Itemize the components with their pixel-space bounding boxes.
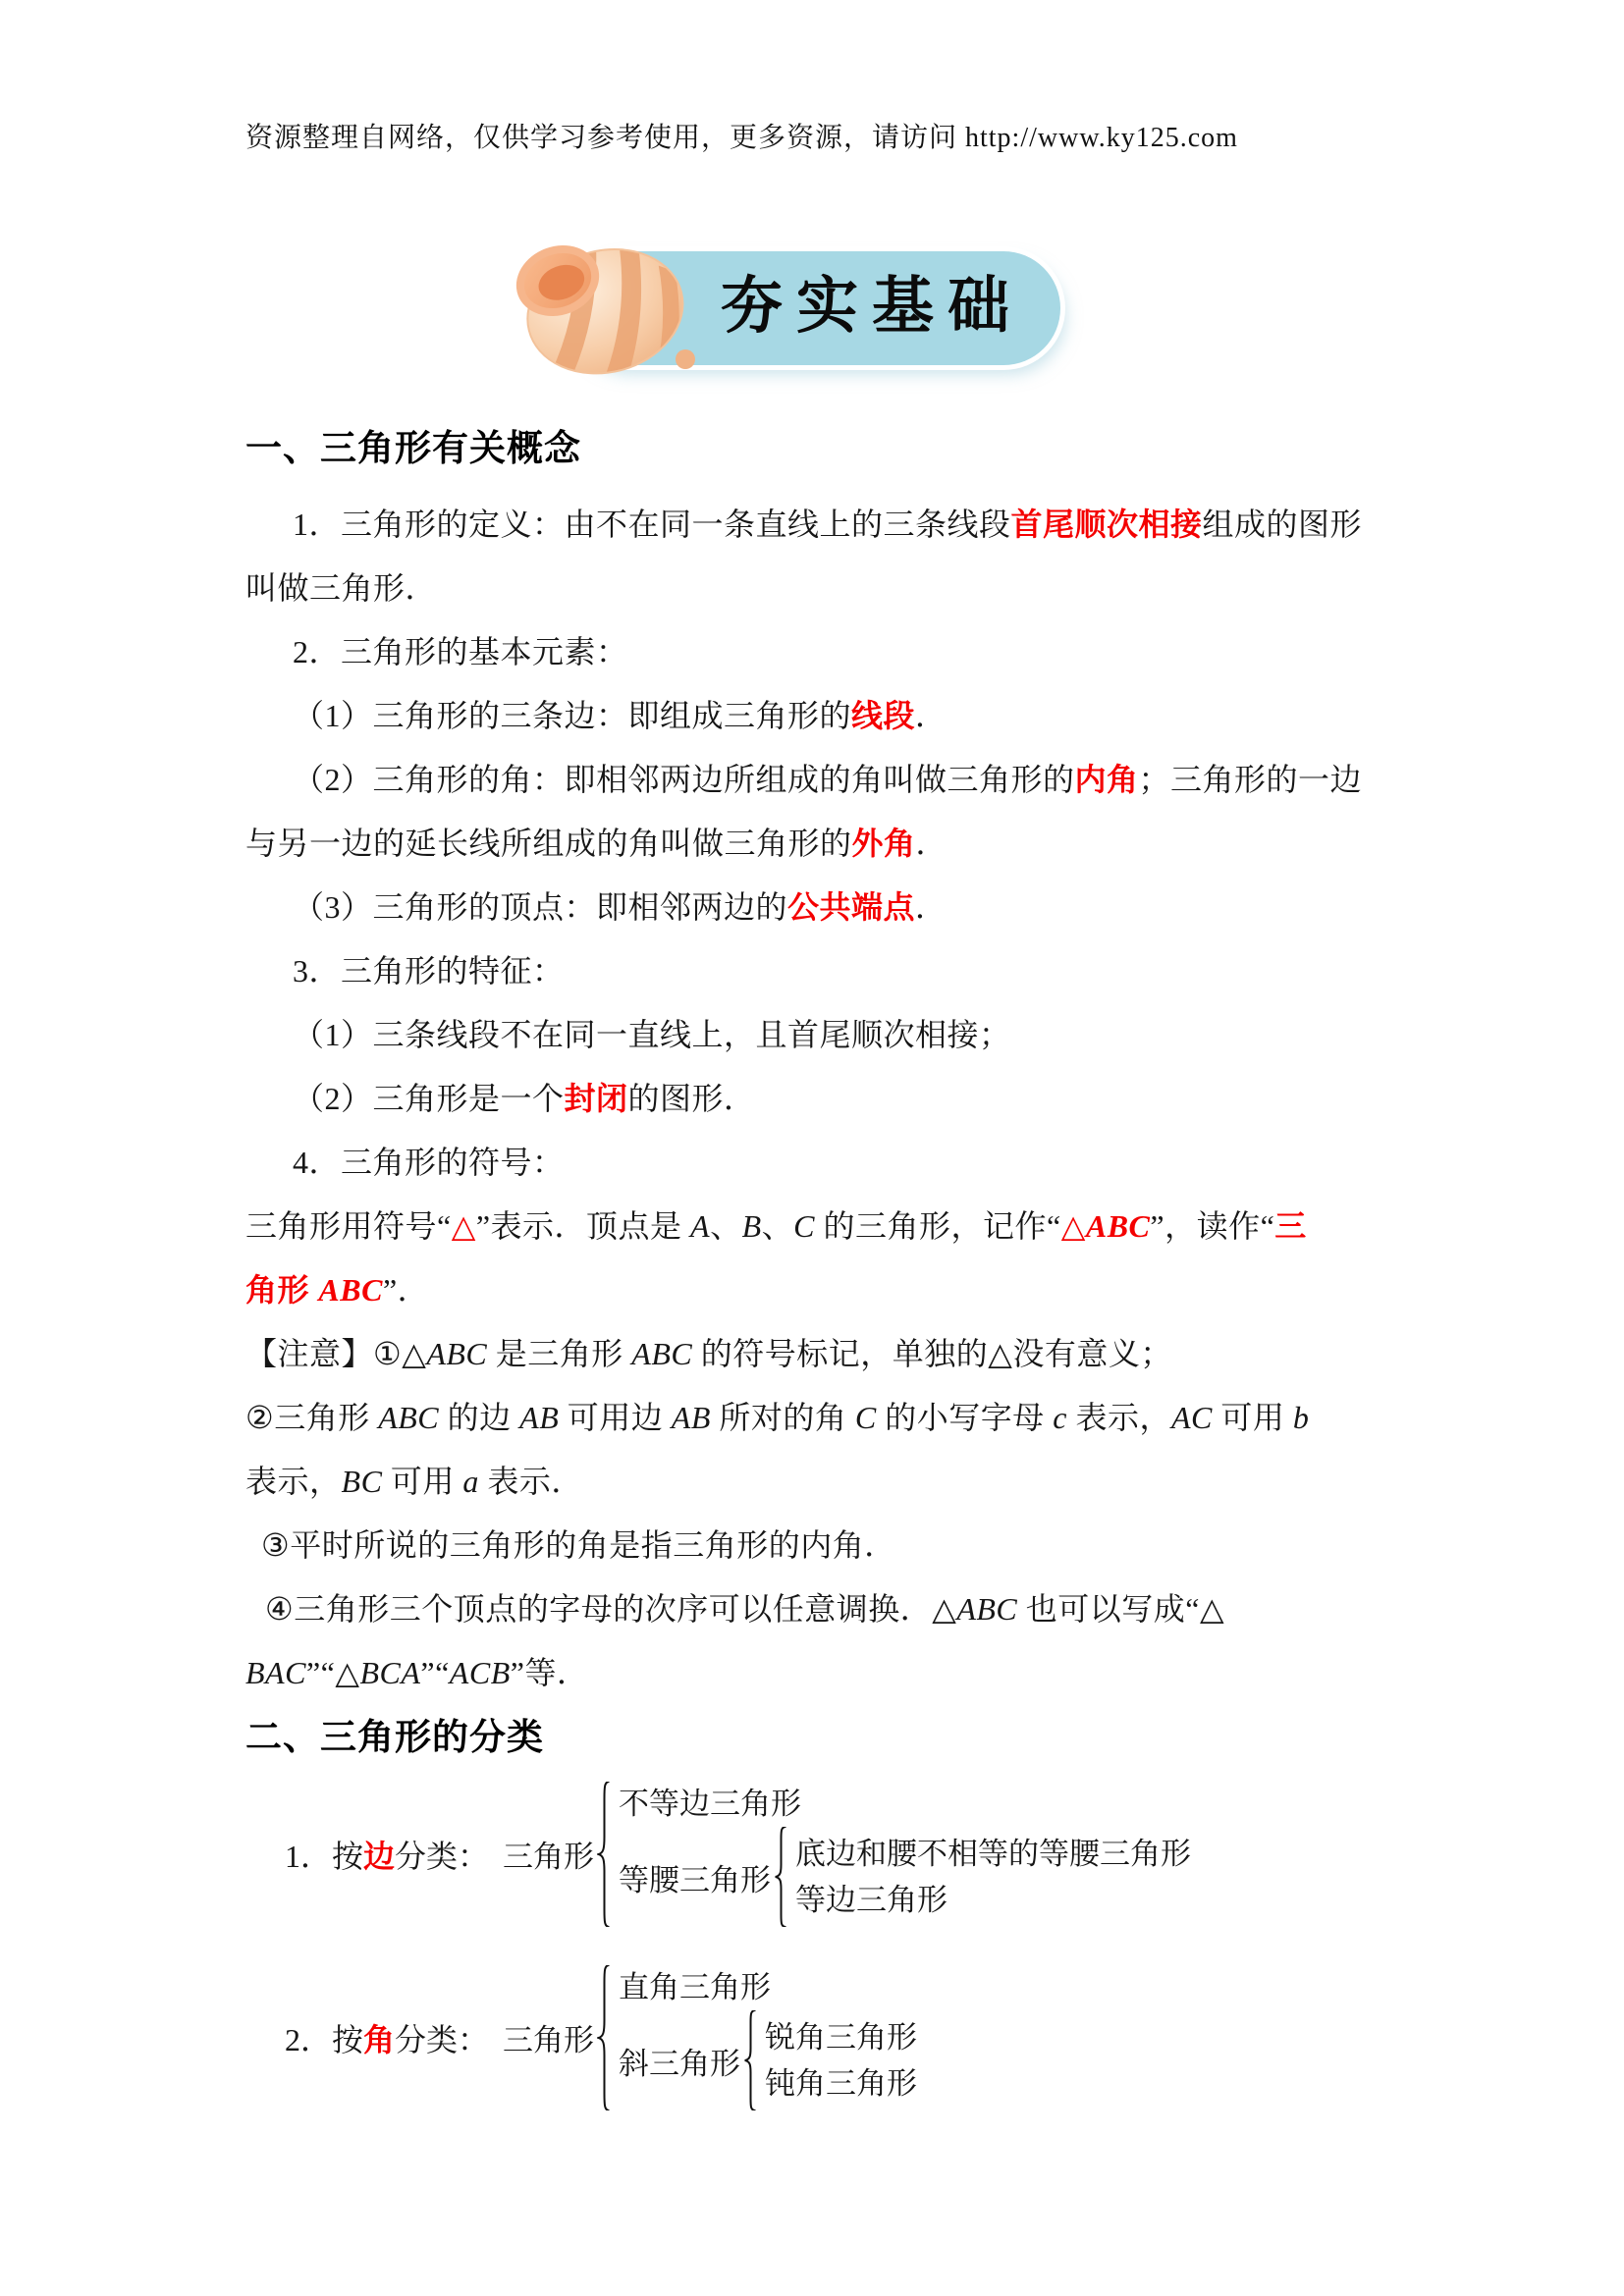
text-line: 【注意】①△ABC 是三角形 ABC 的符号标记，单独的△没有意义； [245, 1322, 1394, 1386]
classification-tree: 三角形 直角三角形 斜三角形 锐角三角形 钝角三角形 [503, 1964, 917, 2110]
classification-label: 1．按边分类： [285, 1832, 489, 1877]
tree-leaf: 等边三角形 [788, 1877, 1191, 1923]
curly-brace-icon [597, 1782, 612, 1927]
sub-branch: 等腰三角形 底边和腰不相等的等腰三角形 等边三角形 [612, 1827, 1191, 1927]
tree-leaf: 不等边三角形 [612, 1781, 1191, 1827]
branch-column: 锐角三角形 钝角三角形 [758, 2014, 917, 2107]
curly-brace-icon [743, 2010, 758, 2110]
text-line: （2）三角形的角：即相邻两边所组成的角叫做三角形的内角；三角形的一边 [245, 748, 1394, 812]
text-line: BAC”“△BCA”“ACB”等． [245, 1641, 1394, 1705]
text-line: 1．三角形的定义：由不在同一条直线上的三条线段首尾顺次相接组成的图形 [245, 493, 1394, 557]
tree-leaf: 直角三角形 [612, 1964, 917, 2010]
curly-brace-icon [774, 1827, 788, 1927]
tree-node: 斜三角形 [612, 2039, 740, 2083]
tree-node: 等腰三角形 [612, 1855, 771, 1899]
text-line: （3）三角形的顶点：即相邻两边的公共端点． [245, 876, 1394, 939]
text-line: 三角形用符号“△”表示．顶点是 A、B、C 的三角形，记作“△ABC”，读作“三 [245, 1195, 1394, 1258]
text-line: ②三角形 ABC 的边 AB 可用边 AB 所对的角 C 的小写字母 c 表示，… [245, 1386, 1394, 1450]
conch-shell-icon [499, 222, 707, 397]
document-body: 一、三角形有关概念 1．三角形的定义：由不在同一条直线上的三条线段首尾顺次相接组… [245, 422, 1394, 2110]
page-header-text: 资源整理自网络，仅供学习参考使用，更多资源，请访问 http://www.ky1… [245, 116, 1238, 155]
text-line: 2．三角形的基本元素： [245, 620, 1394, 684]
text-line: ③平时所说的三角形的角是指三角形的内角． [245, 1514, 1394, 1577]
sub-branch: 斜三角形 锐角三角形 钝角三角形 [612, 2010, 917, 2110]
classification-by-side: 1．按边分类： 三角形 不等边三角形 等腰三角形 底边和腰不相等的等腰三角形 等… [285, 1781, 1394, 1927]
text-line: 3．三角形的特征： [245, 939, 1394, 1003]
text-line: 4．三角形的符号： [245, 1131, 1394, 1195]
text-line: ④三角形三个顶点的字母的次序可以任意调换．△ABC 也可以写成“△ [245, 1577, 1394, 1641]
classification-by-angle: 2．按角分类： 三角形 直角三角形 斜三角形 锐角三角形 钝角三角形 [285, 1964, 1394, 2110]
classification-label: 2．按角分类： [285, 2015, 489, 2060]
branch-column: 底边和腰不相等的等腰三角形 等边三角形 [788, 1831, 1191, 1923]
tree-leaf: 锐角三角形 [758, 2014, 917, 2060]
tree-root: 三角形 [503, 1832, 594, 1876]
text-line: 叫做三角形． [245, 557, 1394, 620]
curly-brace-icon [597, 1965, 612, 2110]
tree-leaf: 钝角三角形 [758, 2060, 917, 2107]
section2-heading: 二、三角形的分类 [245, 1705, 1394, 1769]
text-line: 与另一边的延长线所组成的角叫做三角形的外角． [245, 812, 1394, 876]
branch-column: 直角三角形 斜三角形 锐角三角形 钝角三角形 [612, 1964, 917, 2110]
text-line: （1）三条线段不在同一直线上，且首尾顺次相接； [245, 1003, 1394, 1067]
branch-column: 不等边三角形 等腰三角形 底边和腰不相等的等腰三角形 等边三角形 [612, 1781, 1191, 1927]
classification-tree: 三角形 不等边三角形 等腰三角形 底边和腰不相等的等腰三角形 等边三角形 [503, 1781, 1191, 1927]
text-line: 表示，BC 可用 a 表示． [245, 1450, 1394, 1514]
text-line: （1）三角形的三条边：即组成三角形的线段． [245, 684, 1394, 748]
text-line: 角形 ABC”． [245, 1258, 1394, 1322]
tree-leaf: 底边和腰不相等的等腰三角形 [788, 1831, 1191, 1877]
tree-root: 三角形 [503, 2015, 594, 2059]
section1-heading: 一、三角形有关概念 [245, 422, 1394, 493]
text-line: （2）三角形是一个封闭的图形． [245, 1067, 1394, 1131]
